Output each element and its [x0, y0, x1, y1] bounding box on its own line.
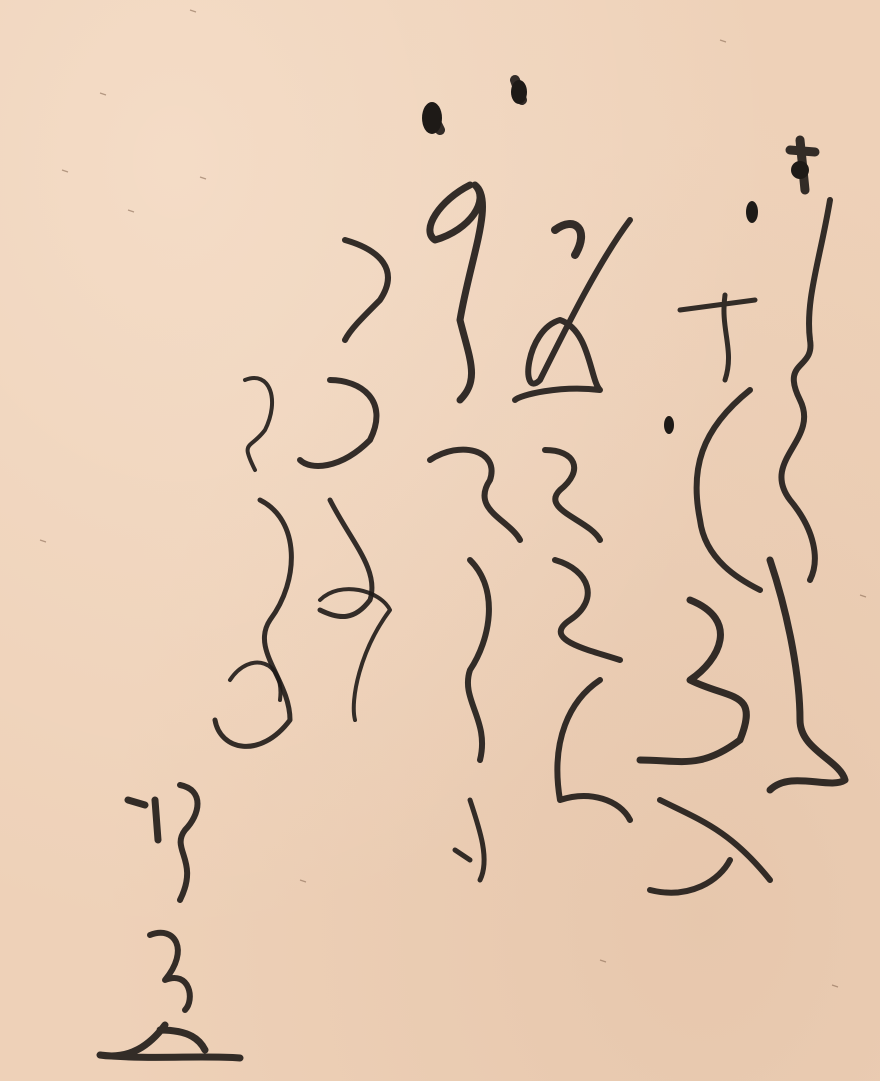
paper-fleck: [100, 93, 106, 95]
brush-stroke-col4-e: [455, 800, 484, 880]
brush-stroke-col5-a: [345, 240, 388, 340]
brush-stroke-col3-d: [555, 560, 620, 660]
brush-stroke-col4-a: [430, 80, 522, 130]
paper-fleck: [832, 985, 838, 987]
brush-stroke-col2-d: [650, 800, 770, 893]
ink-dots: [422, 80, 809, 434]
brush-stroke-col6-a: [245, 378, 272, 470]
paper-fleck: [200, 177, 206, 179]
paper-fleck: [40, 540, 46, 542]
brush-stroke-col4-d: [468, 560, 489, 760]
brush-stroke-col2-c: [640, 600, 746, 762]
brush-stroke-col3-a: [555, 224, 581, 255]
brush-stroke-col3-c: [545, 450, 600, 540]
brush-stroke-sig-c: [150, 933, 190, 1010]
paper-fleck: [720, 40, 726, 42]
calligraphy-artwork: japanese-calligraphy-scroll sosho / kana…: [0, 0, 880, 1081]
brush-stroke-sig-b: [180, 785, 198, 900]
paper-fleck: [600, 960, 606, 962]
brush-strokes: [100, 80, 845, 1058]
brush-stroke-col5-c: [320, 500, 372, 617]
ink-dot-3: [746, 201, 758, 223]
ink-dot-1: [422, 102, 442, 134]
paper-fleck: [860, 595, 866, 597]
ink-dot-2: [511, 80, 527, 104]
brush-stroke-col4-c: [430, 450, 520, 540]
brush-stroke-sig-d: [100, 1025, 240, 1058]
paper-fleck: [128, 210, 134, 212]
brush-stroke-col1-c: [770, 560, 845, 790]
calligraphy-ink-layer: [0, 0, 880, 1081]
paper-fleck: [300, 880, 306, 882]
brush-stroke-col2-a: [680, 295, 755, 380]
paper-fleck: [190, 10, 196, 12]
brush-stroke-col6-b: [215, 500, 291, 746]
brush-stroke-col2-b: [697, 390, 760, 590]
ink-dot-5: [791, 161, 809, 179]
ink-dot-4: [664, 416, 674, 434]
paper-fibers: [40, 10, 866, 987]
brush-stroke-col3-b: [515, 220, 630, 400]
brush-stroke-col1-b: [781, 200, 830, 580]
brush-stroke-col4-b: [430, 185, 483, 400]
brush-stroke-col6-c: [230, 663, 280, 700]
brush-stroke-col5-d: [320, 589, 390, 720]
paper-fleck: [62, 170, 68, 172]
brush-stroke-col5-b: [300, 380, 376, 466]
brush-stroke-sig-a: [128, 800, 158, 840]
brush-stroke-col3-e: [557, 680, 630, 820]
